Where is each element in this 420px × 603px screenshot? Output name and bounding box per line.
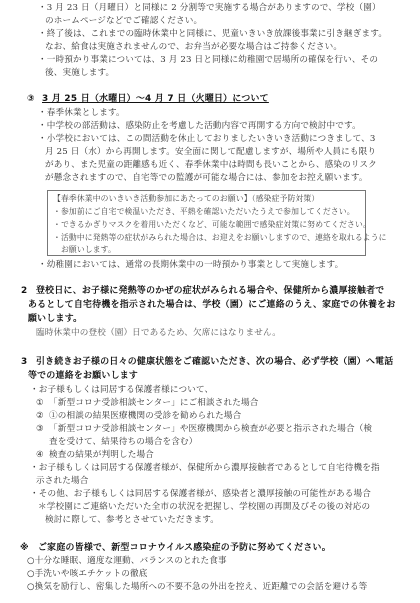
bullet-text: ・小学校においては、この間活動を休止しておりましたいきいき活動につきまして、3 (38, 134, 376, 145)
item-text: 「新型コロナ受診相談センター」にご相談された場合 (49, 398, 259, 409)
bullet-text: ・中学校の部活動は、感染防止を考慮した活動内容で再開する方向で検討中です。 (38, 121, 361, 132)
reference-mark: ※ (20, 543, 29, 554)
section-heading: 願いします。 (28, 314, 82, 325)
prevention-heading: ご家庭の皆様で、新型コロナウイルス感染症の予防に努めてください。 (38, 543, 331, 554)
section-heading: 登校日に、お子様に発熱等のかぜの症状がみられる場合や、保健所から濃厚接触者で (36, 286, 384, 297)
prevention-item: ○換気を励行し、密集した場所への不要不急の外出を控え、近距離での会話を避ける等 (27, 582, 367, 593)
notice-box-title: 【春季休業中のいきいき活動参加にあたってのお願い】（感染症予防対策） (53, 193, 319, 204)
section-intro: ・お子様もしくは同居する保護者様について、 (30, 385, 213, 396)
section-heading: あるとして自宅待機を指示された場合は、学校（園）にご連絡のうえ、家庭での休養をお (28, 300, 396, 311)
kindergarten-text: ・幼稚園においては、通常の長期休業中の一時預かり事業として実施します。 (38, 260, 343, 271)
bullet-text: 月 25 日（水）から再開します。安全面に関して配慮しますが、場所や人員にも限り (45, 147, 376, 158)
note-text: ＊学校園にご連絡いただいた全市の状況を把握し、学校園の再開及びその後の対応の (38, 502, 370, 513)
bullet-text: 示された場合 (36, 476, 88, 487)
bullet-text: があり、また児童の距離感も近く、春季休業中は時間も長いことから、感染のリスク (45, 160, 377, 171)
item-text: 検査の結果が判明した場合 (49, 450, 154, 461)
bullet-text: ・その他、お子様もしくは同居する保護者様が、感染者と濃厚接触の可能性がある場合 (30, 489, 371, 500)
item-number: ② (36, 411, 44, 422)
item-number: ① (36, 398, 44, 409)
bullet-text: ・3 月 23 日（月曜日）と同様に 2 分割等で実施する場合がありますので、学… (38, 3, 381, 14)
prevention-item: ○十分な睡眠、適度な運動、バランスのとれた食事 (27, 556, 227, 567)
bullet-text: ・お子様もしくは同居する保護者様が、保健所から濃厚接触者であるとして自宅待機を指 (30, 463, 380, 474)
item-text: 「新型コロナ受診相談センター」や医療機関から検査が必要と指示された場合（検 (49, 424, 372, 435)
subsection-heading: 3 月 25 日（水曜日）～4 月 7 日（火曜日）について (42, 94, 269, 105)
section-number: 3 (21, 357, 27, 368)
bullet-text: なお、給食は実施されませんので、お弁当が必要な場合はご持参ください。 (45, 42, 342, 53)
item-text: 査を受けて、結果待ちの場合を含む） (49, 437, 197, 448)
bullet-text: 後、実施します。 (45, 68, 114, 79)
section-note: 臨時休業中の登校（園）日であるため、欠席にはなりません。 (36, 328, 281, 339)
bullet-text: が懸念されますので、自宅等での監護が可能な場合には、参加をお控え願います。 (45, 173, 368, 184)
bullet-text: のホームページなどでご確認ください。 (45, 16, 202, 27)
item-number: ④ (36, 450, 44, 461)
bullet-text: ・終了後は、これまでの臨時休業中と同様に、児童いきいき放課後事業に引き継ぎます。 (38, 29, 387, 40)
notice-box-line: ・活動中に発熱等の症状がみられた場合は、お迎えをお願いしますので、連絡を取れるよ… (53, 232, 387, 243)
item-text: ①の相談の結果医療機関の受診を勧められた場合 (49, 411, 241, 422)
notice-box-line: ・できるかぎりマスクを着用いただくなど、可能な範囲で感染症対策に努めてください。 (53, 219, 371, 230)
section-heading: 引き続きお子様の日々の健康状態をご確認いただき、次の場合、必ず学校（園）へ電話 (36, 357, 393, 368)
notice-box-line: ・参加前にご自宅で検温いただき、平熱を確認いただいたうえで参加してください。 (53, 206, 355, 217)
bullet-text: ・春季休業とします。 (38, 108, 125, 119)
note-text: 検討に際して、参考とさせていただきます。 (45, 515, 219, 526)
section-heading: 等での連絡をお願いします (28, 371, 138, 382)
notice-box-line: お願いします。 (53, 244, 116, 255)
section-number: 2 (21, 286, 27, 297)
subsection-number: ③ (27, 94, 35, 105)
bullet-text: ・一時預かり事業については、3 月 23 日と同様に幼稚園で居場所の確保を行い、… (38, 55, 378, 66)
item-number: ③ (36, 424, 44, 435)
prevention-item: ○手洗いや咳エチケットの徹底 (27, 569, 148, 580)
